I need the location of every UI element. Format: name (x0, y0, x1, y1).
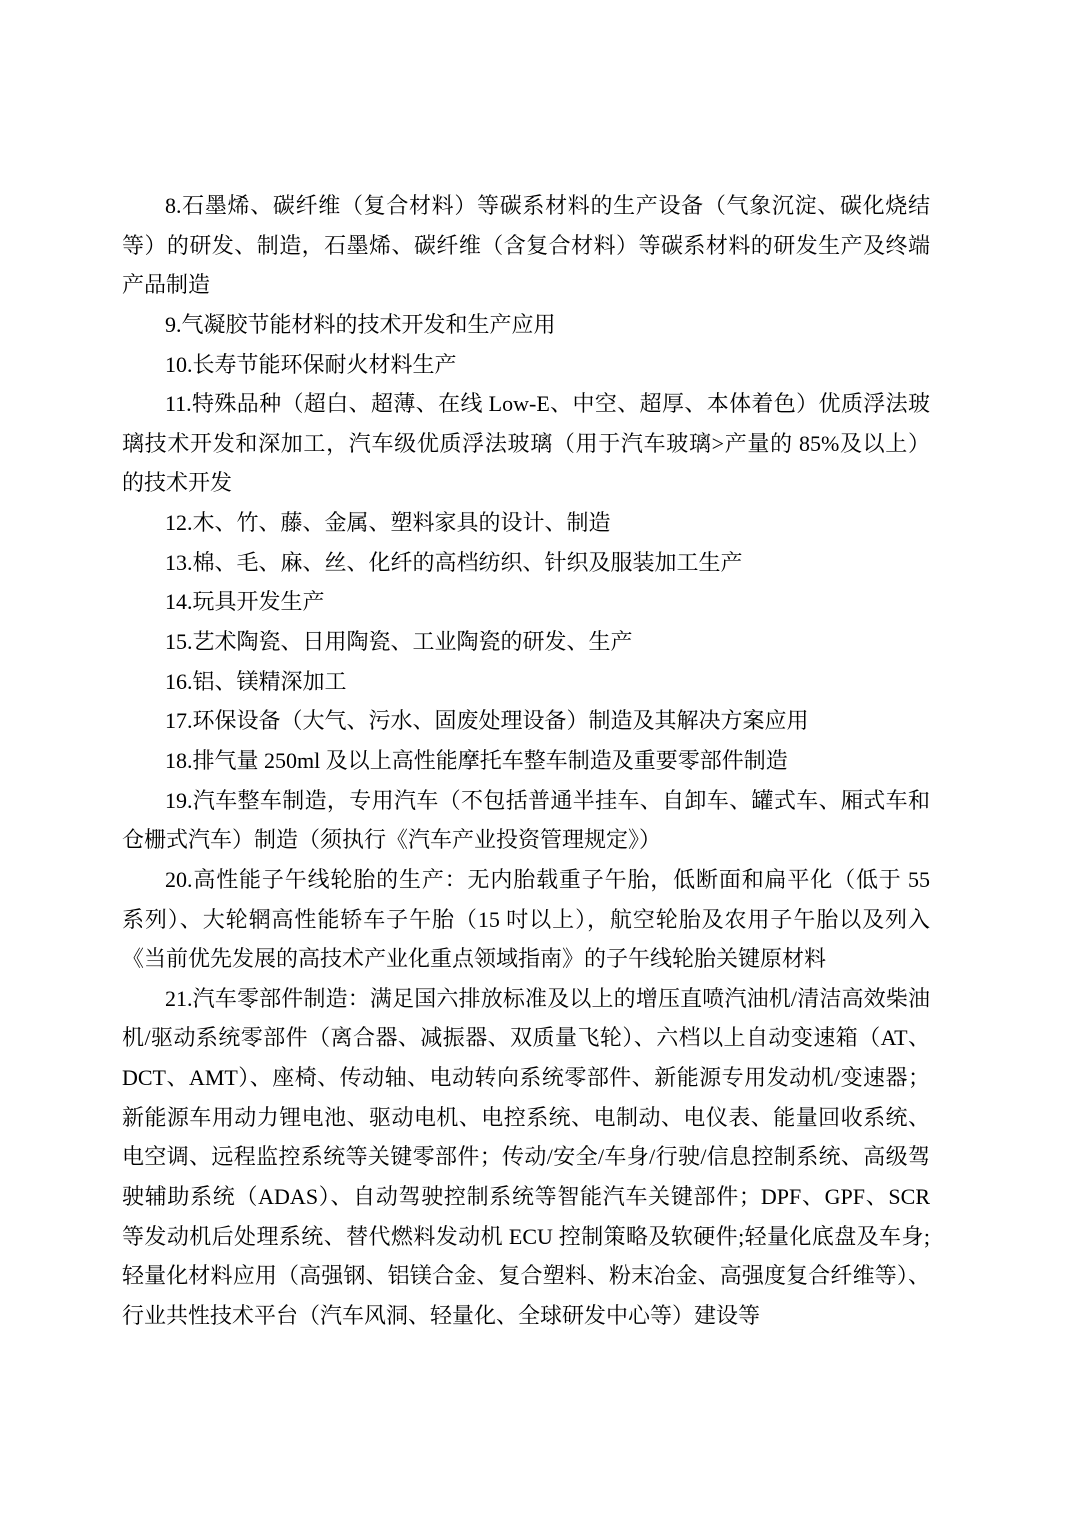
text-line: 新能源车用动力锂电池、驱动电机、电控系统、电制动、电仪表、能量回收系统、 (122, 1098, 930, 1138)
text-line: 11.特殊品种（超白、超薄、在线 Low-E、中空、超厚、本体着色）优质浮法玻 (122, 384, 930, 424)
text-line: 12.木、竹、藤、金属、塑料家具的设计、制造 (122, 503, 930, 543)
text-line: 电空调、远程监控系统等关键零部件；传动/安全/车身/行驶/信息控制系统、高级驾 (122, 1137, 930, 1177)
text-line: 机/驱动系统零部件（离合器、减振器、双质量飞轮）、六档以上自动变速箱（AT、 (122, 1018, 930, 1058)
text-line: 轻量化材料应用（高强钢、铝镁合金、复合塑料、粉末冶金、高强度复合纤维等）、 (122, 1256, 930, 1296)
text-line: 产品制造 (122, 265, 930, 305)
text-block: 8.石墨烯、碳纤维（复合材料）等碳系材料的生产设备（气象沉淀、碳化烧结 等）的研… (122, 186, 930, 1336)
catalog-item-19: 19.汽车整车制造，专用汽车（不包括普通半挂车、自卸车、罐式车、厢式车和 仓栅式… (122, 781, 930, 860)
catalog-item-10: 10.长寿节能环保耐火材料生产 (122, 345, 930, 385)
text-line: 13.棉、毛、麻、丝、化纤的高档纺织、针织及服装加工生产 (122, 543, 930, 583)
text-line: 21.汽车零部件制造：满足国六排放标准及以上的增压直喷汽油机/清洁高效柴油 (122, 979, 930, 1019)
text-line: 19.汽车整车制造，专用汽车（不包括普通半挂车、自卸车、罐式车、厢式车和 (122, 781, 930, 821)
text-line: 行业共性技术平台（汽车风洞、轻量化、全球研发中心等）建设等 (122, 1296, 930, 1336)
document-page: 8.石墨烯、碳纤维（复合材料）等碳系材料的生产设备（气象沉淀、碳化烧结 等）的研… (0, 0, 1074, 1520)
text-line: 《当前优先发展的高技术产业化重点领域指南》的子午线轮胎关键原材料 (122, 939, 930, 979)
text-line: 9.气凝胶节能材料的技术开发和生产应用 (122, 305, 930, 345)
catalog-item-14: 14.玩具开发生产 (122, 582, 930, 622)
text-line: 璃技术开发和深加工，汽车级优质浮法玻璃（用于汽车玻璃>产量的 85%及以上） (122, 424, 930, 464)
text-line: 仓栅式汽车）制造（须执行《汽车产业投资管理规定》） (122, 820, 930, 860)
text-line: 18.排气量 250ml 及以上高性能摩托车整车制造及重要零部件制造 (122, 741, 930, 781)
text-line: 8.石墨烯、碳纤维（复合材料）等碳系材料的生产设备（气象沉淀、碳化烧结 (122, 186, 930, 226)
catalog-item-15: 15.艺术陶瓷、日用陶瓷、工业陶瓷的研发、生产 (122, 622, 930, 662)
catalog-item-8: 8.石墨烯、碳纤维（复合材料）等碳系材料的生产设备（气象沉淀、碳化烧结 等）的研… (122, 186, 930, 305)
text-line: 驶辅助系统（ADAS）、自动驾驶控制系统等智能汽车关键部件；DPF、GPF、SC… (122, 1177, 930, 1217)
catalog-item-11: 11.特殊品种（超白、超薄、在线 Low-E、中空、超厚、本体着色）优质浮法玻 … (122, 384, 930, 503)
text-line: 14.玩具开发生产 (122, 582, 930, 622)
text-line: 等）的研发、制造，石墨烯、碳纤维（含复合材料）等碳系材料的研发生产及终端 (122, 226, 930, 266)
text-line: 20.高性能子午线轮胎的生产：无内胎载重子午胎，低断面和扁平化（低于 55 (122, 860, 930, 900)
catalog-item-9: 9.气凝胶节能材料的技术开发和生产应用 (122, 305, 930, 345)
text-line: 16.铝、镁精深加工 (122, 662, 930, 702)
text-line: 系列）、大轮辋高性能轿车子午胎（15 吋以上），航空轮胎及农用子午胎以及列入 (122, 900, 930, 940)
text-line: 的技术开发 (122, 463, 930, 503)
catalog-item-16: 16.铝、镁精深加工 (122, 662, 930, 702)
catalog-item-13: 13.棉、毛、麻、丝、化纤的高档纺织、针织及服装加工生产 (122, 543, 930, 583)
catalog-item-17: 17.环保设备（大气、污水、固废处理设备）制造及其解决方案应用 (122, 701, 930, 741)
catalog-item-12: 12.木、竹、藤、金属、塑料家具的设计、制造 (122, 503, 930, 543)
text-line: 17.环保设备（大气、污水、固废处理设备）制造及其解决方案应用 (122, 701, 930, 741)
text-line: 等发动机后处理系统、替代燃料发动机 ECU 控制策略及软硬件;轻量化底盘及车身; (122, 1217, 930, 1257)
text-line: DCT、AMT）、座椅、传动轴、电动转向系统零部件、新能源专用发动机/变速器； (122, 1058, 930, 1098)
text-line: 10.长寿节能环保耐火材料生产 (122, 345, 930, 385)
text-line: 15.艺术陶瓷、日用陶瓷、工业陶瓷的研发、生产 (122, 622, 930, 662)
catalog-item-21: 21.汽车零部件制造：满足国六排放标准及以上的增压直喷汽油机/清洁高效柴油 机/… (122, 979, 930, 1336)
catalog-item-20: 20.高性能子午线轮胎的生产：无内胎载重子午胎，低断面和扁平化（低于 55 系列… (122, 860, 930, 979)
catalog-item-18: 18.排气量 250ml 及以上高性能摩托车整车制造及重要零部件制造 (122, 741, 930, 781)
